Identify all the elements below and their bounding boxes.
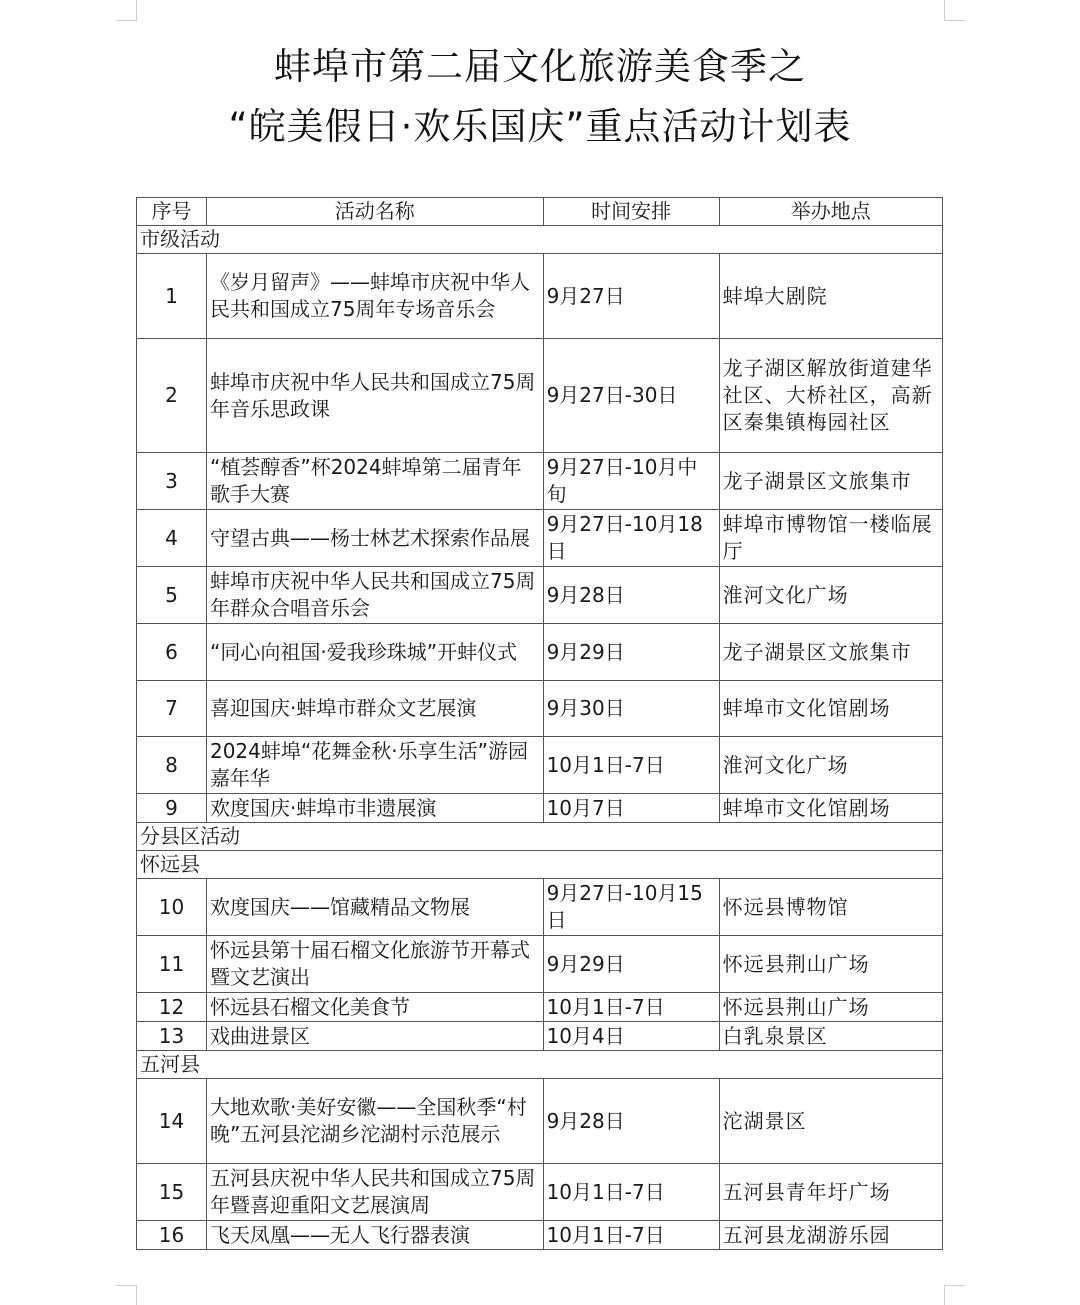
row-number-cell: 2 bbox=[137, 339, 207, 453]
schedule-cell: 9月28日 bbox=[543, 1079, 719, 1164]
section-row: 市级活动 bbox=[137, 226, 943, 254]
schedule-cell: 10月1日-7日 bbox=[543, 1221, 719, 1250]
schedule-cell: 10月4日 bbox=[543, 1022, 719, 1051]
venue-cell: 白乳泉景区 bbox=[719, 1022, 942, 1051]
table-row: 9欢度国庆·蚌埠市非遗展演10月7日蚌埠市文化馆剧场 bbox=[137, 794, 943, 823]
header-schedule: 时间安排 bbox=[543, 198, 719, 226]
table-row: 13戏曲进景区10月4日白乳泉景区 bbox=[137, 1022, 943, 1051]
table-body: 市级活动1《岁月留声》——蚌埠市庆祝中华人民共和国成立75周年专场音乐会9月27… bbox=[137, 226, 943, 1250]
venue-cell: 沱湖景区 bbox=[719, 1079, 942, 1164]
venue-cell: 五河县青年圩广场 bbox=[719, 1164, 942, 1221]
section-label: 分县区活动 bbox=[137, 823, 943, 851]
activity-name-cell: 蚌埠市庆祝中华人民共和国成立75周年群众合唱音乐会 bbox=[206, 567, 543, 624]
activity-name-cell: “植荟醇香”杯2024蚌埠第二届青年歌手大赛 bbox=[206, 453, 543, 510]
row-number-cell: 11 bbox=[137, 936, 207, 993]
table-row: 82024蚌埠“花舞金秋·乐享生活”游园嘉年华10月1日-7日淮河文化广场 bbox=[137, 737, 943, 794]
section-row: 五河县 bbox=[137, 1051, 943, 1079]
venue-cell: 蚌埠市博物馆一楼临展厅 bbox=[719, 510, 942, 567]
venue-cell: 蚌埠市文化馆剧场 bbox=[719, 794, 942, 823]
activity-name-cell: “同心向祖国·爱我珍珠城”开蚌仪式 bbox=[206, 624, 543, 681]
venue-cell: 蚌埠市文化馆剧场 bbox=[719, 681, 942, 737]
row-number-cell: 1 bbox=[137, 254, 207, 339]
venue-cell: 怀远县荆山广场 bbox=[719, 936, 942, 993]
page-corner-mark bbox=[116, 0, 137, 21]
header-venue: 举办地点 bbox=[719, 198, 942, 226]
row-number-cell: 9 bbox=[137, 794, 207, 823]
activity-name-cell: 喜迎国庆·蚌埠市群众文艺展演 bbox=[206, 681, 543, 737]
table-row: 6“同心向祖国·爱我珍珠城”开蚌仪式9月29日龙子湖景区文旅集市 bbox=[137, 624, 943, 681]
venue-cell: 蚌埠大剧院 bbox=[719, 254, 942, 339]
activity-name-cell: 蚌埠市庆祝中华人民共和国成立75周年音乐思政课 bbox=[206, 339, 543, 453]
row-number-cell: 10 bbox=[137, 879, 207, 936]
page-corner-mark bbox=[944, 1285, 965, 1305]
header-activity-name: 活动名称 bbox=[206, 198, 543, 226]
schedule-cell: 9月27日-10月中旬 bbox=[543, 453, 719, 510]
section-row: 怀远县 bbox=[137, 851, 943, 879]
table-row: 4守望古典——杨士林艺术探索作品展9月27日-10月18日蚌埠市博物馆一楼临展厅 bbox=[137, 510, 943, 567]
document-title-line-2: “皖美假日·欢乐国庆”重点活动计划表 bbox=[0, 96, 1080, 150]
table-header-row: 序号 活动名称 时间安排 举办地点 bbox=[137, 198, 943, 226]
table-row: 10欢度国庆——馆藏精品文物展9月27日-10月15日怀远县博物馆 bbox=[137, 879, 943, 936]
schedule-cell: 10月1日-7日 bbox=[543, 737, 719, 794]
activity-name-cell: 五河县庆祝中华人民共和国成立75周年暨喜迎重阳文艺展演周 bbox=[206, 1164, 543, 1221]
activity-name-cell: 2024蚌埠“花舞金秋·乐享生活”游园嘉年华 bbox=[206, 737, 543, 794]
row-number-cell: 14 bbox=[137, 1079, 207, 1164]
row-number-cell: 3 bbox=[137, 453, 207, 510]
schedule-cell: 10月7日 bbox=[543, 794, 719, 823]
row-number-cell: 7 bbox=[137, 681, 207, 737]
table-row: 15五河县庆祝中华人民共和国成立75周年暨喜迎重阳文艺展演周10月1日-7日五河… bbox=[137, 1164, 943, 1221]
activity-name-cell: 守望古典——杨士林艺术探索作品展 bbox=[206, 510, 543, 567]
activity-name-cell: 怀远县石榴文化美食节 bbox=[206, 993, 543, 1022]
venue-cell: 怀远县博物馆 bbox=[719, 879, 942, 936]
table-row: 3“植荟醇香”杯2024蚌埠第二届青年歌手大赛9月27日-10月中旬龙子湖景区文… bbox=[137, 453, 943, 510]
page-corner-mark bbox=[944, 0, 965, 21]
schedule-cell: 9月28日 bbox=[543, 567, 719, 624]
activity-name-cell: 飞天凤凰——无人飞行器表演 bbox=[206, 1221, 543, 1250]
row-number-cell: 12 bbox=[137, 993, 207, 1022]
schedule-cell: 10月1日-7日 bbox=[543, 993, 719, 1022]
venue-cell: 怀远县荆山广场 bbox=[719, 993, 942, 1022]
venue-cell: 五河县龙湖游乐园 bbox=[719, 1221, 942, 1250]
row-number-cell: 16 bbox=[137, 1221, 207, 1250]
section-label: 五河县 bbox=[137, 1051, 943, 1079]
activity-name-cell: 欢度国庆——馆藏精品文物展 bbox=[206, 879, 543, 936]
table-row: 7喜迎国庆·蚌埠市群众文艺展演9月30日蚌埠市文化馆剧场 bbox=[137, 681, 943, 737]
activity-name-cell: 大地欢歌·美好安徽——全国秋季“村晚”五河县沱湖乡沱湖村示范展示 bbox=[206, 1079, 543, 1164]
section-row: 分县区活动 bbox=[137, 823, 943, 851]
schedule-cell: 10月1日-7日 bbox=[543, 1164, 719, 1221]
table-row: 1《岁月留声》——蚌埠市庆祝中华人民共和国成立75周年专场音乐会9月27日蚌埠大… bbox=[137, 254, 943, 339]
row-number-cell: 13 bbox=[137, 1022, 207, 1051]
schedule-cell: 9月30日 bbox=[543, 681, 719, 737]
row-number-cell: 4 bbox=[137, 510, 207, 567]
venue-cell: 淮河文化广场 bbox=[719, 737, 942, 794]
table-row: 14大地欢歌·美好安徽——全国秋季“村晚”五河县沱湖乡沱湖村示范展示9月28日沱… bbox=[137, 1079, 943, 1164]
page-corner-mark bbox=[116, 1285, 137, 1305]
schedule-cell: 9月29日 bbox=[543, 936, 719, 993]
activity-name-cell: 《岁月留声》——蚌埠市庆祝中华人民共和国成立75周年专场音乐会 bbox=[206, 254, 543, 339]
row-number-cell: 5 bbox=[137, 567, 207, 624]
header-number: 序号 bbox=[137, 198, 207, 226]
section-label: 怀远县 bbox=[137, 851, 943, 879]
schedule-cell: 9月29日 bbox=[543, 624, 719, 681]
section-label: 市级活动 bbox=[137, 226, 943, 254]
schedule-cell: 9月27日-30日 bbox=[543, 339, 719, 453]
table-row: 12怀远县石榴文化美食节10月1日-7日怀远县荆山广场 bbox=[137, 993, 943, 1022]
row-number-cell: 6 bbox=[137, 624, 207, 681]
table-row: 11怀远县第十届石榴文化旅游节开幕式暨文艺演出9月29日怀远县荆山广场 bbox=[137, 936, 943, 993]
activity-name-cell: 戏曲进景区 bbox=[206, 1022, 543, 1051]
venue-cell: 龙子湖景区文旅集市 bbox=[719, 624, 942, 681]
schedule-cell: 9月27日-10月15日 bbox=[543, 879, 719, 936]
table-row: 16飞天凤凰——无人飞行器表演10月1日-7日五河县龙湖游乐园 bbox=[137, 1221, 943, 1250]
schedule-cell: 9月27日 bbox=[543, 254, 719, 339]
venue-cell: 龙子湖景区文旅集市 bbox=[719, 453, 942, 510]
activity-plan-table: 序号 活动名称 时间安排 举办地点 市级活动1《岁月留声》——蚌埠市庆祝中华人民… bbox=[136, 197, 943, 1250]
table-row: 5蚌埠市庆祝中华人民共和国成立75周年群众合唱音乐会9月28日淮河文化广场 bbox=[137, 567, 943, 624]
row-number-cell: 8 bbox=[137, 737, 207, 794]
venue-cell: 淮河文化广场 bbox=[719, 567, 942, 624]
table-row: 2蚌埠市庆祝中华人民共和国成立75周年音乐思政课9月27日-30日龙子湖区解放街… bbox=[137, 339, 943, 453]
document-title-line-1: 蚌埠市第二届文化旅游美食季之 bbox=[0, 36, 1080, 90]
row-number-cell: 15 bbox=[137, 1164, 207, 1221]
venue-cell: 龙子湖区解放街道建华社区、大桥社区，高新区秦集镇梅园社区 bbox=[719, 339, 942, 453]
schedule-cell: 9月27日-10月18日 bbox=[543, 510, 719, 567]
activity-name-cell: 怀远县第十届石榴文化旅游节开幕式暨文艺演出 bbox=[206, 936, 543, 993]
activity-name-cell: 欢度国庆·蚌埠市非遗展演 bbox=[206, 794, 543, 823]
